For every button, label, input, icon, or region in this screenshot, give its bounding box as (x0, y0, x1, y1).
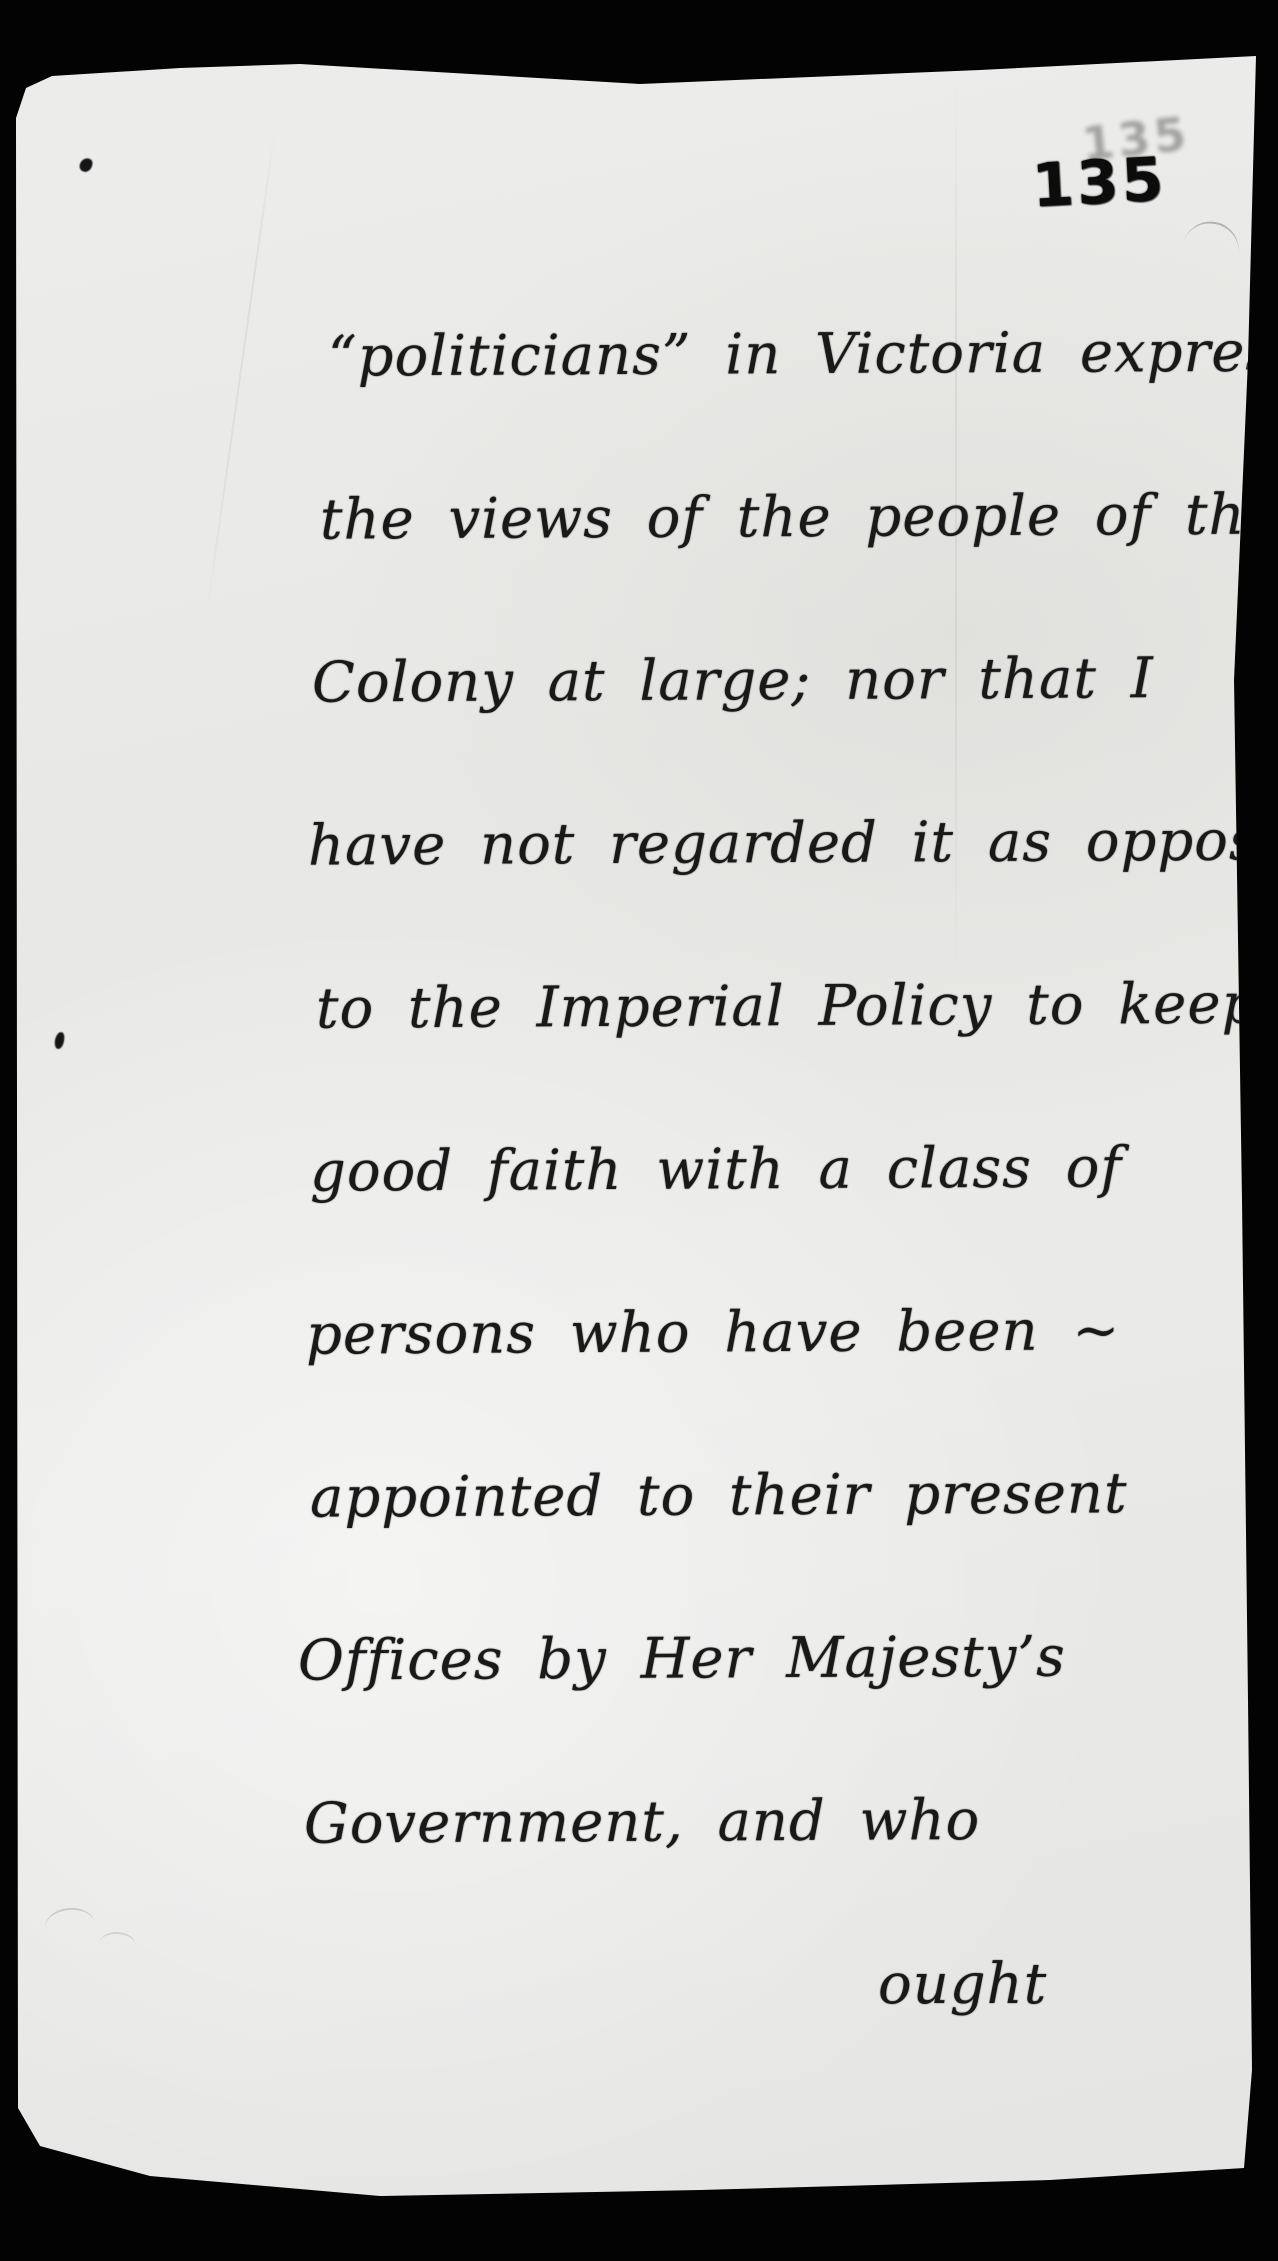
manuscript-line: the views of the people of the (320, 482, 1278, 552)
manuscript-line: “politicians” in Victoria express (328, 319, 1278, 389)
manuscript-line: Offices by Her Majesty’s (298, 1623, 1278, 1693)
manuscript-line: to the Imperial Policy to keep (316, 971, 1278, 1041)
paper-sheet: 135 135 “politicians” in Victoria expres… (0, 0, 1278, 2261)
scanned-manuscript-page: 135 135 “politicians” in Victoria expres… (0, 0, 1278, 2261)
manuscript-line: have not regarded it as opposed (308, 808, 1278, 878)
handwritten-text-block: “politicians” in Victoria expressthe vie… (0, 0, 1278, 2261)
manuscript-line: Government, and who (304, 1786, 1278, 1856)
manuscript-line: Colony at large; nor that I (312, 645, 1278, 715)
manuscript-line: persons who have been ~ (306, 1297, 1278, 1367)
manuscript-line: good faith with a class of (310, 1134, 1278, 1204)
catchword: ought (878, 1952, 1047, 2017)
manuscript-line: appointed to their present (310, 1460, 1278, 1530)
